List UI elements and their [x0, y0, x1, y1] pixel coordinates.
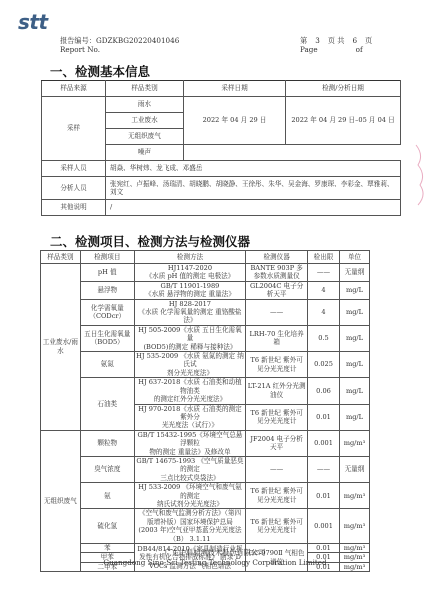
limit: 0.001 — [308, 509, 340, 544]
instrument: T6 新世纪 紫外可见分光光度计 — [246, 352, 308, 378]
instrument: LT-21A 红外分光测油仪 — [246, 378, 308, 404]
unit: mg/L — [339, 325, 369, 351]
method: HJ 533-2009 《环境空气和废气氨的测定纳氏试剂分光光度法》 — [134, 483, 246, 509]
seal-stamp-mark — [412, 140, 430, 220]
method: HJ 637-2018《水质 石油类和动植物油类的测定红外分光光度法》 — [134, 378, 246, 404]
unit: mg/m³ — [339, 483, 369, 509]
page-total: 6 — [352, 36, 357, 45]
item: 氨氮 — [80, 352, 134, 378]
limit: 0.06 — [308, 378, 340, 404]
limit: 0.01 — [308, 404, 340, 430]
limit: —— — [308, 456, 340, 482]
group-wastewater: 工业废水/雨水 — [41, 264, 81, 431]
instrument: T6 新世纪 紫外可见分光光度计 — [246, 404, 308, 430]
unit: mg/m³ — [339, 509, 369, 544]
analysis-date: 2022 年 04 月 29 日–05 月 04 日 — [286, 97, 401, 145]
th-item: 检测项目 — [80, 251, 134, 264]
th-category: 样品类别 — [41, 251, 81, 264]
unit: mg/L — [339, 281, 369, 299]
method: GB/T 11901-1989《水质 悬浮物的测定 重量法》 — [134, 281, 246, 299]
item: 颗粒物 — [80, 430, 134, 456]
report-no-label-en: Report No. — [60, 45, 179, 54]
notes: / — [106, 200, 401, 216]
instrument: JF2004 电子分析天平 — [246, 430, 308, 456]
instrument: BANTE 903P 多参数水质测量仪 — [246, 264, 308, 282]
sample-source: 采样 — [42, 97, 106, 161]
header-sampling-date: 采样日期 — [184, 81, 286, 97]
report-no: GDZKBG20220401046 — [96, 36, 179, 45]
company-name-cn: 广东中科检测技术股份有限公司 — [0, 548, 430, 558]
limit: 0.025 — [308, 352, 340, 378]
item: 硫化氢 — [80, 509, 134, 544]
unit: 无量纲 — [339, 264, 369, 282]
method: 《空气和废气监测分析方法》（第四版增补版）国家环境保护总局(2003 年)空气亚… — [134, 509, 246, 544]
unit: 无量纲 — [339, 456, 369, 482]
limit: 0.5 — [308, 325, 340, 351]
samplers: 胡焱、华树炜、龙飞成、邓盛岳 — [106, 161, 401, 177]
instrument: T6 新世纪 紫外可见分光光度计 — [246, 509, 308, 544]
company-logo: stt — [18, 10, 48, 34]
item: 悬浮物 — [80, 281, 134, 299]
item: 石油类 — [80, 378, 134, 430]
sampling-date: 2022 年 04 月 29 日 — [184, 97, 286, 145]
page-mid: 页 共 — [328, 36, 345, 45]
unit: mg/L — [339, 378, 369, 404]
category-fugitive-gas: 无组织废气 — [106, 129, 184, 145]
sampler-label: 采样人员 — [42, 161, 106, 177]
item: pH 值 — [80, 264, 134, 282]
th-unit: 单位 — [339, 251, 369, 264]
report-number-block: 报告编号：GDZKBG20220401046 Report No. — [60, 36, 179, 54]
instrument: LRH-70 生化培养箱 — [246, 325, 308, 351]
method: HJ 828-2017《水质 化学需氧量的测定 重铬酸盐法》 — [134, 299, 246, 325]
item: 化学需氧量（CODcr） — [80, 299, 134, 325]
unit: mg/L — [339, 404, 369, 430]
page-current: 3 — [315, 36, 320, 45]
category-noise: 噪声 — [106, 145, 184, 161]
page-number-block: 第 3 页 共 6 页 Pageof — [300, 36, 372, 54]
item: 臭气浓度 — [80, 456, 134, 482]
report-no-label: 报告编号： — [60, 36, 96, 45]
item: 五日生化需氧量（BOD5） — [80, 325, 134, 351]
unit: mg/m³ — [339, 430, 369, 456]
instrument: T6 新世纪 紫外可见分光光度计 — [246, 483, 308, 509]
of-en: of — [356, 45, 363, 54]
category-industrial-wastewater: 工业废水 — [106, 113, 184, 129]
analyst-label: 分析人员 — [42, 177, 106, 200]
method: GB/T 15432-1995《环境空气总悬浮颗粒物的测定 重量法》及修改单 — [134, 430, 246, 456]
section1-title: 一、检测基本信息 — [50, 62, 150, 80]
footer: 广东中科检测技术股份有限公司 Guangdong Sino-Sci Testin… — [0, 548, 430, 568]
section2-title: 二、检测项目、检测方法与检测仪器 — [50, 232, 250, 250]
page-suffix: 页 — [365, 36, 372, 45]
notes-label: 其他说明 — [42, 200, 106, 216]
page-en: Page — [300, 45, 318, 54]
limit: 0.001 — [308, 430, 340, 456]
instrument: —— — [246, 456, 308, 482]
page-prefix: 第 — [300, 36, 307, 45]
method: HJ 505-2009《水质 五日生化需氧量(BOD5)的测定 稀释与接种法》 — [134, 325, 246, 351]
basic-info-table: 样品来源 样品类别 采样日期 检测/分析日期 采样 雨水 2022 年 04 月… — [41, 80, 401, 216]
header-source: 样品来源 — [42, 81, 106, 97]
method: HJ 970-2018《水质 石油类的测定 紫外分光光度法（试行）》 — [134, 404, 246, 430]
limit: 0.01 — [308, 483, 340, 509]
instrument: —— — [246, 299, 308, 325]
header-analysis-date: 检测/分析日期 — [286, 81, 401, 97]
th-limit: 检出限 — [308, 251, 340, 264]
analysts: 张宛红、卢振峰、汤瑞清、胡晓鹏、胡晓静、王徐彤、朱华、吴金海、罗康琛、李彩金、覃… — [106, 177, 401, 200]
company-name-en: Guangdong Sino-Sci Testing Technology Co… — [0, 558, 430, 568]
header-category: 样品类别 — [106, 81, 184, 97]
instrument: GL2004C 电子分析天平 — [246, 281, 308, 299]
method: GB/T 14675-1993 《空气质量恶臭的测定三点比较式臭袋法》 — [134, 456, 246, 482]
item: 氨 — [80, 483, 134, 509]
limit: 4 — [308, 281, 340, 299]
methods-table: 样品类别 检测项目 检测方法 检测仪器 检出限 单位 工业废水/雨水 pH 值 … — [40, 250, 370, 572]
unit: mg/L — [339, 352, 369, 378]
unit: mg/L — [339, 299, 369, 325]
method: HJ1147-2020《水质 pH 值的测定 电极法》 — [134, 264, 246, 282]
limit: —— — [308, 264, 340, 282]
limit: 4 — [308, 299, 340, 325]
method: HJ 535-2009 《水质 氨氮的测定 纳氏试剂分光光度法》 — [134, 352, 246, 378]
th-method: 检测方法 — [134, 251, 246, 264]
th-instrument: 检测仪器 — [246, 251, 308, 264]
category-rain: 雨水 — [106, 97, 184, 113]
